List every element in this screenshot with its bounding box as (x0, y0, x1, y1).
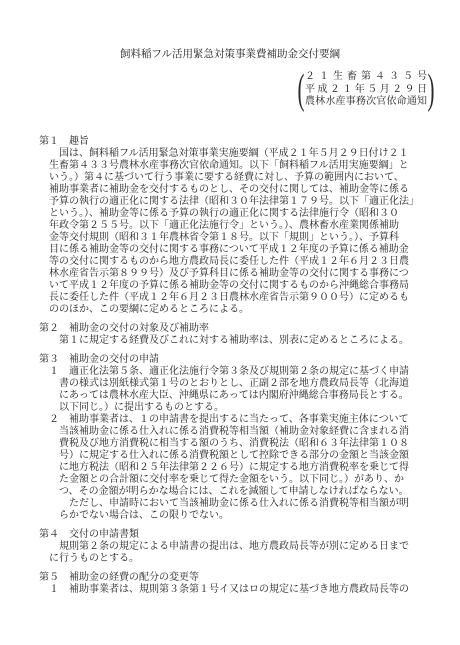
text-line: にあっては農林水産大臣、沖縄県にあっては内閣府沖縄総合事務局長とする。 (39, 390, 439, 402)
text-line: ただし、申請時において当該補助金に係る仕入れに係る消費税等相当額が明 (39, 498, 439, 510)
text-line: という。）、補助金等に係る予算の執行の適正化に関する法律施行令（昭和３０ (39, 208, 439, 220)
text-line: 以下同じ。）に提出するものとする。 (39, 402, 439, 414)
left-paren: ( (298, 69, 305, 111)
text-line: 規則第２条の規定による申請書の提出は、地方農政局長等が別に定める日まで (39, 541, 439, 553)
text-line: 第１に規定する経費及びこれに対する補助率は、別表に定めるところによる。 (39, 335, 439, 347)
doc-meta-lines: ２１生畜第４３５号 平成２１年５月２９日 農林水産事務次官依命通知 (305, 71, 427, 109)
text-line: 国は、飼料稲フル活用緊急対策事業実施要綱（平成２１年５月２９日付け２１ (39, 148, 439, 160)
document-section: 第５ 補助金の経費の配分の変更等 １ 補助事業者は、規則第３条第１号イ又はロの規… (39, 572, 439, 596)
text-line: 生畜第４３３号農林水産事務次官依命通知。以下「飼料稲フル活用実施要綱」と (39, 160, 439, 172)
text-line: 補助事業者に補助金を交付するものとし、その交付に関しては、補助金等に係る (39, 184, 439, 196)
section-heading: 第５ 補助金の経費の配分の変更等 (39, 572, 439, 584)
section-heading: 第３ 補助金の交付の申請 (39, 354, 439, 366)
text-line: １ 適正化法第５条、適正化法施行令第３条及び規則第２条の規定に基づく申請 (39, 366, 439, 378)
text-line: 年政令第２５５号。以下「適正化法施行令」という。）、農林畜水産業関係補助 (39, 220, 439, 232)
text-line: 林水産省告示第８９９号）及び予算科目に係る補助金等の交付に関する事務につ (39, 268, 439, 280)
document-body: 第１ 趣旨 国は、飼料稲フル活用緊急対策事業実施要綱（平成２１年５月２９日付け２… (39, 136, 439, 603)
right-paren: ) (428, 69, 435, 111)
text-line: つ、その金額が明らかな場合には、これを減額して申請しなければならない。 (39, 486, 439, 498)
text-line: いう。）第４に基づいて行う事業に要する経費に対し、予算の範囲内において、 (39, 172, 439, 184)
text-line: いて平成１２年度の予算に係る補助金等の交付に関するものから沖縄総合事務局 (39, 280, 439, 292)
text-line: ののほか、この要綱に定めるところによる。 (39, 304, 439, 316)
text-line: 等の交付に関するものから地方農政局長に委任した件（平成１２年６月２３日農 (39, 256, 439, 268)
text-line: 費税及び地方消費税に相当する額のうち、消費税法（昭和６３年法律第１０８ (39, 438, 439, 450)
text-line: た金額との合計額に交付率を乗じて得た金額をいう。以下同じ。）があり、か (39, 474, 439, 486)
text-line: 当該補助金に係る仕入れに係る消費税等相当額（補助金対象経費に含まれる消 (39, 426, 439, 438)
section-heading: 第２ 補助金の交付の対象及び補助率 (39, 323, 439, 335)
document-section: 第４ 交付の申請書類 規則第２条の規定による申請書の提出は、地方農政局長等が別に… (39, 529, 439, 565)
document-page: 飼料稲フル活用緊急対策事業費補助金交付要綱 ( ２１生畜第４３５号 平成２１年５… (0, 0, 460, 645)
text-line: 書の様式は別紙様式第１号のとおりとし、正副２部を地方農政局長等（北海道 (39, 378, 439, 390)
document-section: 第２ 補助金の交付の対象及び補助率 第１に規定する経費及びこれに対する補助率は、… (39, 323, 439, 347)
document-section: 第３ 補助金の交付の申請 １ 適正化法第５条、適正化法施行令第３条及び規則第２条… (39, 354, 439, 522)
doc-number: ２１生畜第４３５号 (305, 71, 427, 84)
text-line: らかでない場合は、この限りでない。 (39, 510, 439, 522)
text-line: に地方税法（昭和２５年法律第２２６号）に規定する地方消費税率を乗じて得 (39, 462, 439, 474)
text-line: １ 補助事業者は、規則第３条第１号イ又はロの規定に基づき地方農政局長等の (39, 584, 439, 596)
document-section: 第１ 趣旨 国は、飼料稲フル活用緊急対策事業実施要綱（平成２１年５月２９日付け２… (39, 136, 439, 316)
doc-issuer: 農林水産事務次官依命通知 (305, 96, 427, 109)
text-line: に行うものとする。 (39, 553, 439, 565)
text-line: 金等交付規則（昭和３１年農林省令第１８号。以下「規則」という。）、予算科 (39, 232, 439, 244)
text-line: ２ 補助事業者は、１の申請書を提出するに当たって、各事業実施主体について (39, 414, 439, 426)
text-line: 長に委任した件（平成１２年６月２３日農林水産省告示第９００号）に定めるも (39, 292, 439, 304)
text-line: 予算の執行の適正化に関する法律（昭和３０年法律第１７９号。以下「適正化法」 (39, 196, 439, 208)
doc-date: 平成２１年５月２９日 (305, 84, 427, 97)
document-title: 飼料稲フル活用緊急対策事業費補助金交付要綱 (0, 46, 460, 61)
text-line: 目に係る補助金等の交付に関する事務について平成１２年度の予算に係る補助金 (39, 244, 439, 256)
doc-number-box: ( ２１生畜第４３５号 平成２１年５月２９日 農林水産事務次官依命通知 ) (294, 69, 438, 111)
section-heading: 第１ 趣旨 (39, 136, 439, 148)
text-line: 号）に規定する仕入れに係る消費税額として控除できる部分の金額と当該金額 (39, 450, 439, 462)
section-heading: 第４ 交付の申請書類 (39, 529, 439, 541)
